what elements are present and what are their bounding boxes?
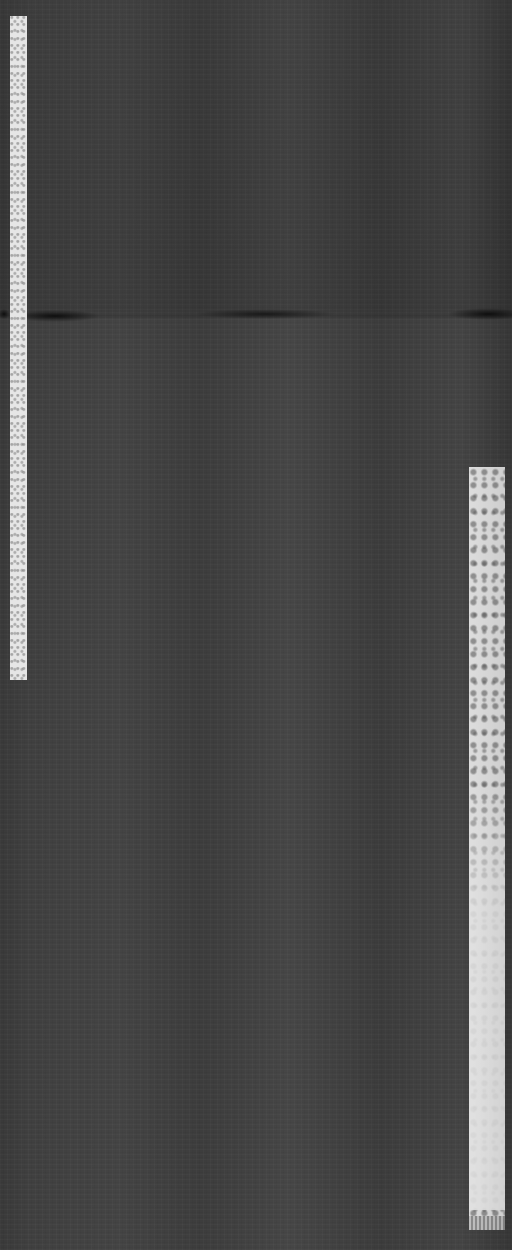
road-right-edge-shading <box>472 0 512 1250</box>
pavement-upper-section <box>0 0 512 312</box>
left-lane-marking <box>10 16 27 680</box>
pavement-scan <box>0 0 512 1250</box>
transverse-crack <box>0 306 512 326</box>
